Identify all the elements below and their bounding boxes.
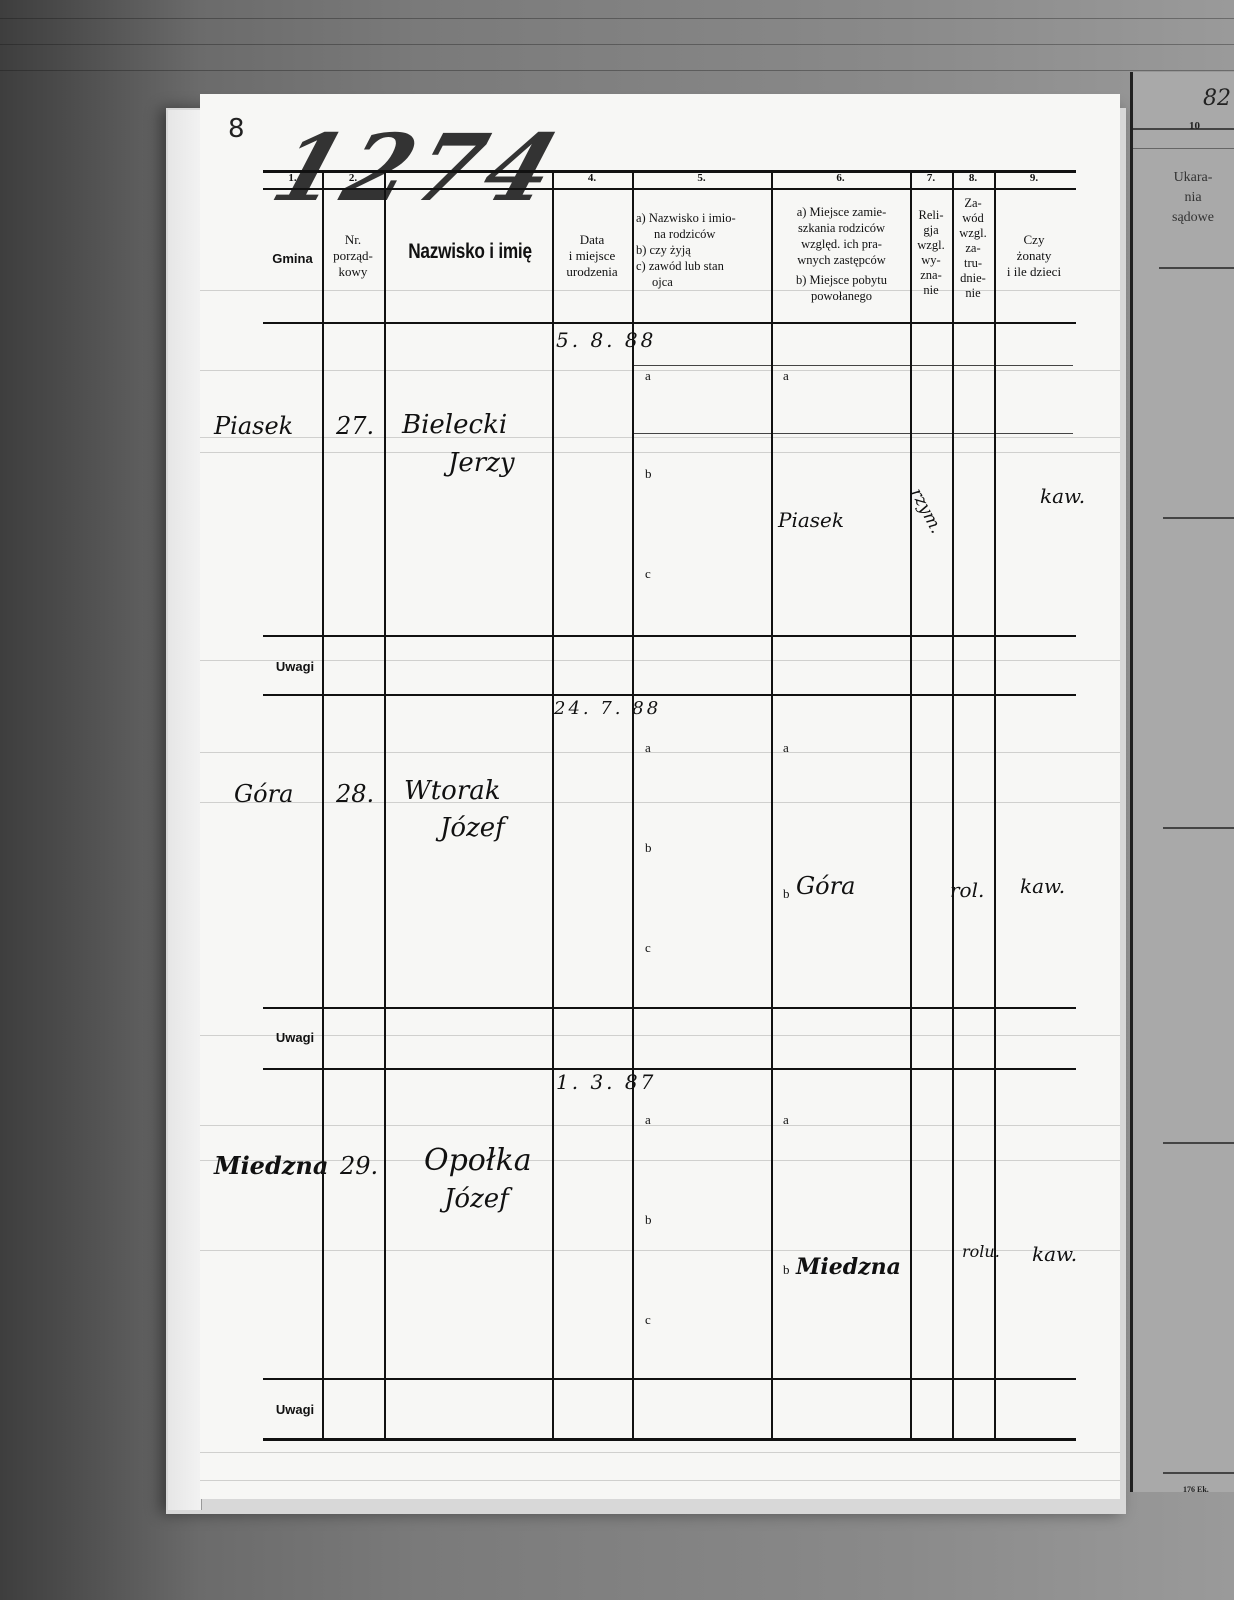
background-rule bbox=[0, 44, 1234, 45]
label-a: a bbox=[645, 368, 651, 384]
label-a: a bbox=[783, 1112, 789, 1128]
header-line: nie bbox=[910, 283, 952, 298]
header-gmina: Gmina bbox=[263, 251, 322, 267]
header-line: wy- bbox=[910, 253, 952, 268]
header-line: sądowe bbox=[1153, 208, 1233, 228]
header-line: Ukara- bbox=[1153, 168, 1233, 188]
sub-rule bbox=[633, 365, 1073, 366]
header-line: porząd- bbox=[322, 248, 384, 264]
entry-2-residence: Góra bbox=[796, 874, 855, 898]
label-b: b bbox=[645, 466, 652, 482]
entry-1-uwagi-label: Uwagi bbox=[268, 659, 322, 674]
header-line: nie bbox=[952, 286, 994, 301]
col-divider bbox=[552, 170, 554, 1440]
column-number-4: 4. bbox=[552, 172, 632, 184]
column-number-1: 1. bbox=[263, 172, 322, 184]
label-b: b bbox=[783, 1262, 790, 1278]
header-line: tru- bbox=[952, 256, 994, 271]
rule bbox=[1133, 128, 1234, 130]
header-line: zna- bbox=[910, 268, 952, 283]
header-nr: Nr. porząd- kowy bbox=[322, 232, 384, 280]
header-line: powołanego bbox=[773, 288, 910, 304]
entry-1-surname: Bielecki bbox=[402, 412, 507, 438]
entry-2-occupation: rol. bbox=[950, 880, 984, 900]
paper-rule bbox=[200, 452, 1120, 453]
entry-1-birth-date: 5. 8. 88 bbox=[556, 330, 656, 350]
rule bbox=[1163, 1142, 1234, 1144]
entry-2-gmina: Góra bbox=[234, 782, 293, 806]
label-a: a bbox=[783, 368, 789, 384]
entry-3-birth-date: 1. 3. 87 bbox=[556, 1072, 656, 1092]
header-line: c) zawód lub stan bbox=[636, 258, 772, 274]
header-date: Data i miejsce urodzenia bbox=[552, 232, 632, 280]
header-line: względ. ich pra- bbox=[773, 236, 910, 252]
rule bbox=[1163, 1472, 1234, 1474]
header-line: b) czy żyją bbox=[636, 242, 772, 258]
entry-1-residence: Piasek bbox=[778, 510, 844, 530]
header-line: a) Nazwisko i imio- bbox=[636, 210, 772, 226]
label-a: a bbox=[645, 740, 651, 756]
label-b: b bbox=[783, 886, 790, 902]
paper-rule bbox=[200, 1452, 1120, 1453]
paper-rule bbox=[200, 370, 1120, 371]
adjacent-page: 82 10 Ukara- nia sądowe 176 Ek. bbox=[1130, 72, 1234, 1492]
entry-3-surname: Opołka bbox=[424, 1146, 532, 1176]
col-divider bbox=[910, 170, 912, 1440]
entry-3-uwagi-label: Uwagi bbox=[268, 1402, 322, 1417]
col-divider bbox=[771, 170, 773, 1440]
print-code: 176 Ek. bbox=[1183, 1485, 1209, 1494]
entry-2-given-name: Józef bbox=[440, 815, 505, 841]
rule bbox=[1159, 267, 1234, 269]
column-number-8: 8. bbox=[952, 172, 994, 184]
header-line: za- bbox=[952, 241, 994, 256]
header-religion: Reli- gja wzgl. wy- zna- nie bbox=[910, 208, 952, 298]
paper-rule bbox=[200, 660, 1120, 661]
header-residence: a) Miejsce zamie- szkania rodziców wzglę… bbox=[773, 204, 910, 304]
background-rule bbox=[0, 70, 1234, 71]
header-occupation: Za- wód wzgl. za- tru- dnie- nie bbox=[952, 196, 994, 301]
entry-1-given-name: Jerzy bbox=[448, 450, 515, 476]
col-divider bbox=[952, 170, 954, 1440]
label-a: a bbox=[645, 1112, 651, 1128]
header-line: i miejsce bbox=[552, 248, 632, 264]
header-line: kowy bbox=[322, 264, 384, 280]
label-c: c bbox=[645, 1312, 651, 1328]
header-line: wzgl. bbox=[952, 226, 994, 241]
entry-2-birth-date: 24. 7. 88 bbox=[554, 700, 661, 718]
entry-3-given-name: Józef bbox=[444, 1186, 509, 1212]
entry-1-gmina: Piasek bbox=[214, 414, 293, 438]
background-rule bbox=[0, 18, 1234, 19]
header-married: Czy żonaty i ile dzieci bbox=[994, 232, 1074, 280]
label-c: c bbox=[645, 940, 651, 956]
rule bbox=[1133, 148, 1234, 149]
column-number-2: 2. bbox=[322, 172, 384, 184]
paper-rule bbox=[200, 1160, 1120, 1161]
header-parents: a) Nazwisko i imio- na rodziców b) czy ż… bbox=[636, 210, 772, 290]
entry-3-gmina: Miedzna bbox=[214, 1154, 328, 1178]
paper-rule bbox=[200, 1035, 1120, 1036]
header-line: a) Miejsce zamie- bbox=[773, 204, 910, 220]
header-line: szkania rodziców bbox=[773, 220, 910, 236]
header-line: dnie- bbox=[952, 271, 994, 286]
header-line: b) Miejsce pobytu bbox=[773, 272, 910, 288]
column-header-ukarania: Ukara- nia sądowe bbox=[1153, 168, 1233, 228]
paper-rule bbox=[200, 1480, 1120, 1481]
label-b: b bbox=[645, 1212, 652, 1228]
header-line: na rodziców bbox=[636, 226, 772, 242]
col-divider bbox=[384, 170, 386, 1440]
rule bbox=[1163, 827, 1234, 829]
header-line: i ile dzieci bbox=[994, 264, 1074, 280]
header-line: wnych zastępców bbox=[773, 252, 910, 268]
header-line: nia bbox=[1153, 188, 1233, 208]
column-number-6: 6. bbox=[771, 172, 910, 184]
entry-1-nr: 27. bbox=[336, 414, 374, 438]
header-line: wód bbox=[952, 211, 994, 226]
header-line: gja bbox=[910, 223, 952, 238]
label-a: a bbox=[783, 740, 789, 756]
header-name: Nazwisko i imię bbox=[403, 240, 537, 264]
header-line: ojca bbox=[636, 274, 772, 290]
header-line: urodzenia bbox=[552, 264, 632, 280]
sheet-number: 8 bbox=[228, 114, 245, 144]
label-c: c bbox=[645, 566, 651, 582]
page-number-handwritten: 82 bbox=[1203, 86, 1231, 111]
register-number: 1274 bbox=[263, 122, 573, 214]
header-line: żonaty bbox=[994, 248, 1074, 264]
paper-rule bbox=[200, 1125, 1120, 1126]
col-divider bbox=[632, 170, 634, 1440]
header-line: Data bbox=[552, 232, 632, 248]
header-line: Czy bbox=[994, 232, 1074, 248]
label-b: b bbox=[645, 840, 652, 856]
entry-2-uwagi-label: Uwagi bbox=[268, 1030, 322, 1045]
header-line: Nr. bbox=[322, 232, 384, 248]
entry-2-nr: 28. bbox=[336, 782, 374, 806]
header-line: wzgl. bbox=[910, 238, 952, 253]
header-line: Za- bbox=[952, 196, 994, 211]
entry-1-married: kaw. bbox=[1040, 486, 1085, 506]
sub-rule bbox=[633, 433, 1073, 434]
rule bbox=[1163, 517, 1234, 519]
column-number-5: 5. bbox=[632, 172, 771, 184]
entry-3-nr: 29. bbox=[340, 1154, 378, 1178]
column-number: 10 bbox=[1189, 120, 1200, 132]
column-number-7: 7. bbox=[910, 172, 952, 184]
paper-rule bbox=[200, 752, 1120, 753]
entry-3-occupation: rolu. bbox=[962, 1244, 1000, 1260]
entry-2-married: kaw. bbox=[1020, 876, 1065, 896]
header-line: Reli- bbox=[910, 208, 952, 223]
column-number-9: 9. bbox=[994, 172, 1074, 184]
col-divider bbox=[322, 170, 324, 1440]
entry-2-surname: Wtorak bbox=[404, 778, 501, 804]
entry-3-married: kaw. bbox=[1032, 1244, 1077, 1264]
paper-edge bbox=[168, 110, 202, 1510]
entry-3-residence: Miedzna bbox=[796, 1256, 901, 1278]
